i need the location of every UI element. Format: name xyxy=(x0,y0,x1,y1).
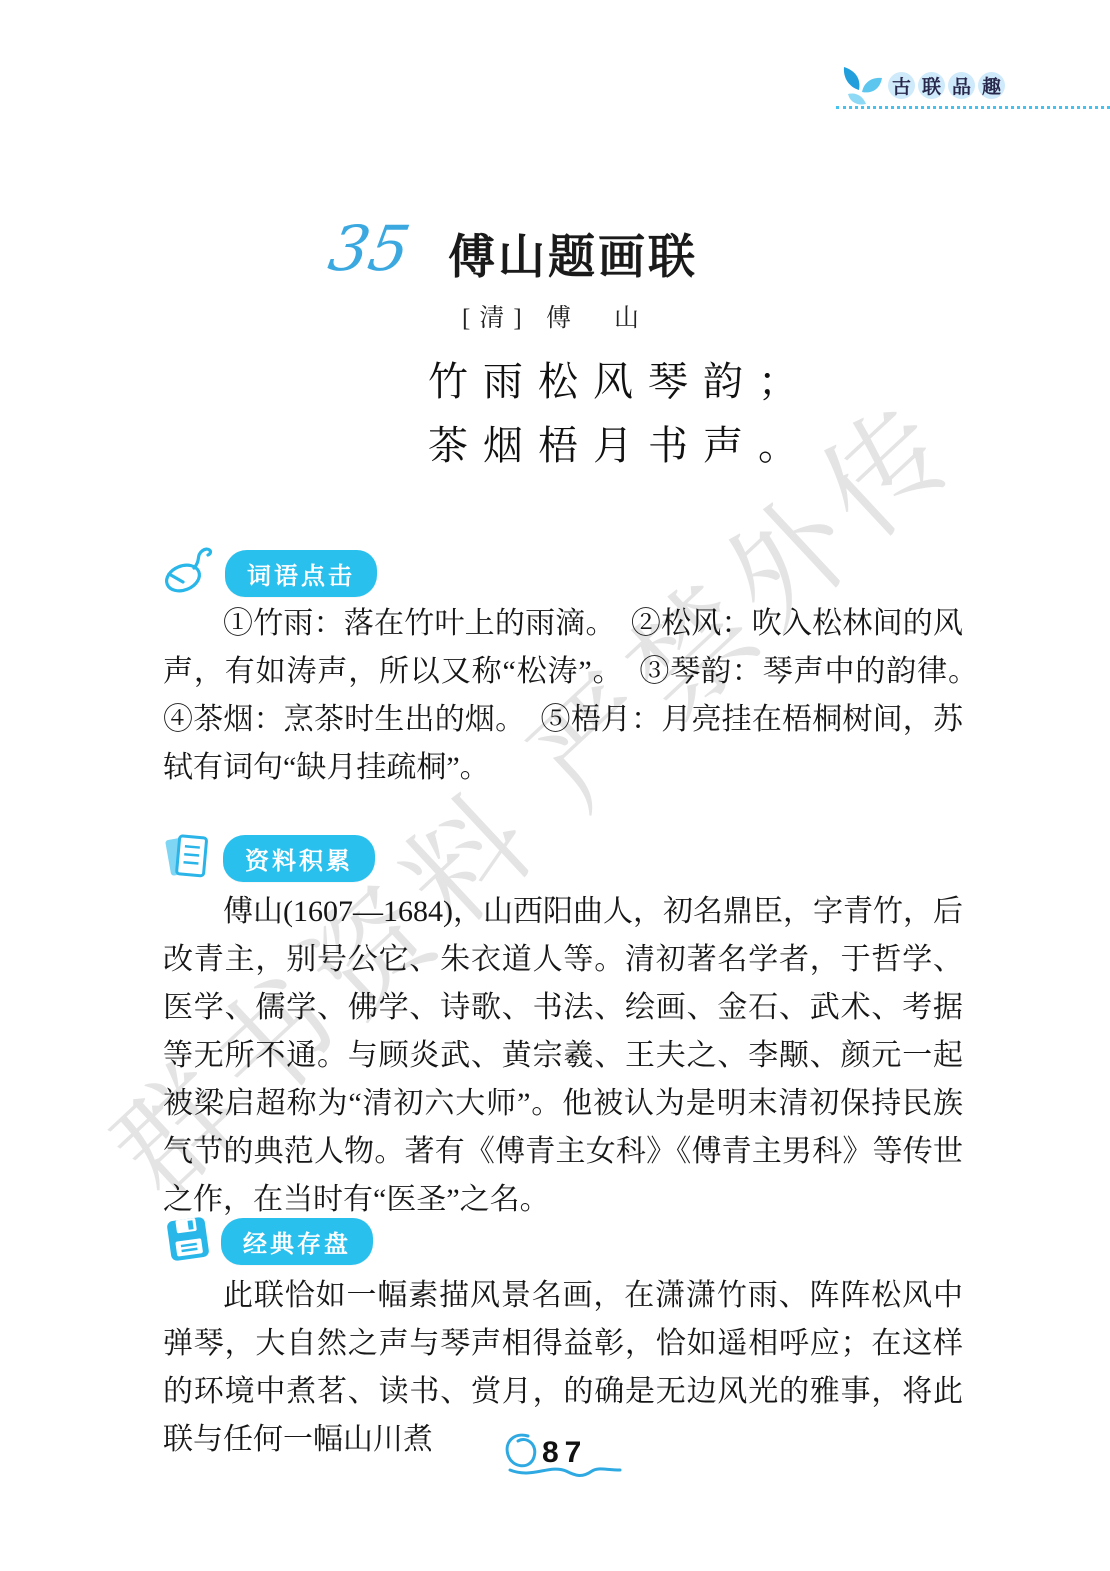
brand-char: 趣 xyxy=(978,72,1005,99)
dotted-rule xyxy=(836,106,1110,109)
couplet-line-2: 茶烟梧月书声。 xyxy=(428,414,813,478)
material-paragraph: 傅山(1607—1684)，山西阳曲人，初名鼎臣，字青竹，后改青主，别号公它、朱… xyxy=(163,888,963,1224)
section-badge-word-click: 词语点击 xyxy=(163,548,377,598)
documents-icon xyxy=(163,829,215,888)
page-number: 87 xyxy=(542,1436,587,1470)
floppy-icon xyxy=(163,1214,213,1269)
badge-label: 经典存盘 xyxy=(221,1218,373,1265)
couplet: 竹雨松风琴韵； 茶烟梧月书声。 xyxy=(428,350,813,478)
page-title: 傅山题画联 xyxy=(448,220,698,287)
lesson-number: 35 xyxy=(324,212,416,285)
page-header: 古 联 品 趣 xyxy=(836,64,1110,112)
couplet-line-1: 竹雨松风琴韵； xyxy=(428,350,813,414)
word-click-paragraph: ①竹雨：落在竹叶上的雨滴。 ②松风：吹入松林间的风声，有如涛声，所以又称“松涛”… xyxy=(163,600,963,792)
mouse-icon xyxy=(163,547,217,600)
byline: [清] 傅 山 xyxy=(0,298,1110,334)
brand-char: 古 xyxy=(888,72,915,99)
section-badge-classic: 经典存盘 xyxy=(163,1216,373,1266)
brand: 古 联 品 趣 xyxy=(888,72,1005,99)
page-footer: 87 xyxy=(498,1428,658,1492)
brand-char: 品 xyxy=(948,72,975,99)
section-badge-material: 资料积累 xyxy=(163,833,375,883)
badge-label: 资料积累 xyxy=(223,835,375,882)
brand-char: 联 xyxy=(918,72,945,99)
badge-label: 词语点击 xyxy=(225,550,377,597)
book-page: 群书资料 严禁外传 古 联 品 趣 35 傅山题画联 [清] 傅 山 xyxy=(0,0,1110,1571)
